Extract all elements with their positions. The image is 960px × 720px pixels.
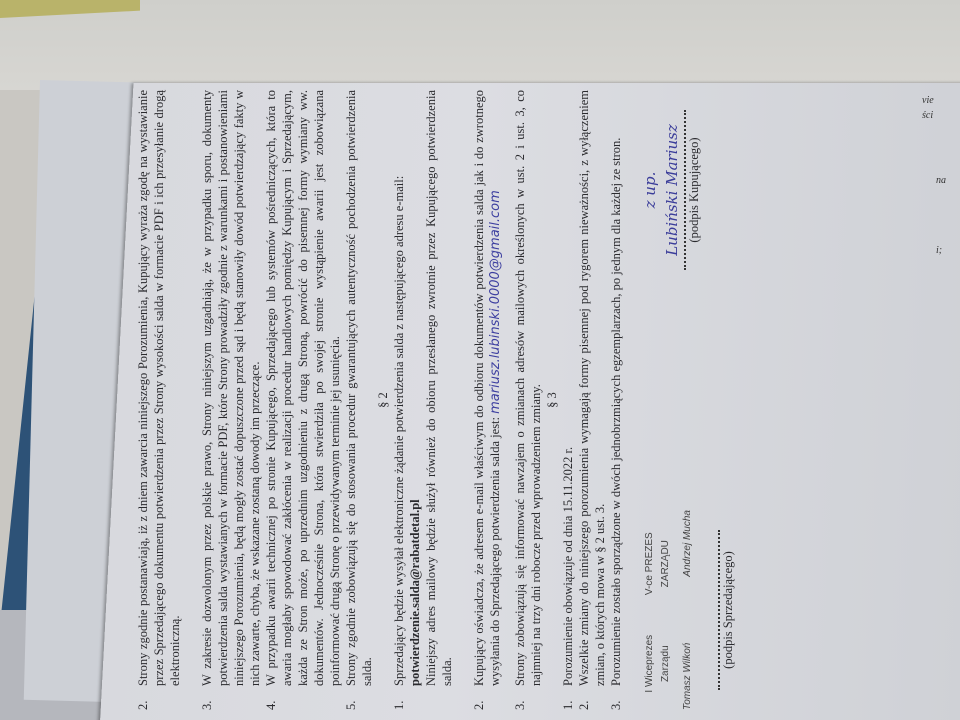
item-text: Wszelkie zmiany do niniejszego porozumie…: [576, 90, 608, 686]
edge-text-fragment: vie: [922, 95, 934, 106]
signatures: I Wiceprezes Zarządu V-ce PREZES ZARZĄDU…: [642, 90, 736, 710]
list-item: 2. Kupujący oświadcza, że adresem e-mail…: [471, 90, 504, 710]
item-number: 4.: [263, 686, 343, 710]
background-desk: [0, 0, 960, 90]
item-text: Porozumienie obowiązuje od dnia 15.11.20…: [560, 90, 576, 686]
list-item: 5.Strony zgodnie zobowiązują się do stos…: [343, 90, 375, 710]
item-text: Kupujący oświadcza, że adresem e-mail wł…: [471, 90, 504, 686]
buyer-email-handwritten: mariusz.lubinski.0000@gmail.com: [488, 190, 503, 414]
list-item: 1.Porozumienie obowiązuje od dnia 15.11.…: [560, 90, 576, 710]
seller-stamp-title-2: V-ce PREZES ZARZĄDU: [642, 510, 674, 617]
section-2: 1. Sprzedający będzie wysyłał elektronic…: [391, 90, 544, 710]
edge-text-fragment: na: [936, 175, 946, 186]
section-heading-3: § 3: [544, 90, 560, 710]
item-text: Porozumienie zostało sporządzone w dwóch…: [608, 90, 624, 686]
section-heading-2: § 2: [375, 90, 391, 710]
edge-text-fragment: i;: [936, 245, 942, 256]
seller-stamp-name-2: Andrzej Mucha: [680, 510, 696, 577]
seller-signature-label: (podpis Sprzedającego): [720, 510, 736, 710]
buyer-proxy-note: z up.: [642, 90, 658, 290]
buyer-signature-block: z up. Lubiński Mariusz (podpis Kupująceg…: [642, 90, 736, 290]
item-number: 2.: [576, 686, 608, 710]
item-number: 3.: [199, 686, 263, 710]
item-number: 2.: [471, 686, 504, 710]
item-text: W przypadku awarii technicznej po stroni…: [263, 90, 343, 686]
list-item: 3.W zakresie dozwolonym przez polskie pr…: [199, 90, 263, 710]
item-number: 1.: [391, 686, 455, 710]
seller-stamp-name: Tomasz Wilkoń: [680, 643, 696, 710]
item-number: 5.: [343, 686, 375, 710]
list-item: 3.Porozumienie zostało sporządzone w dwó…: [608, 90, 624, 710]
item-number: 2.: [135, 686, 183, 710]
seller-signature-block: I Wiceprezes Zarządu V-ce PREZES ZARZĄDU…: [642, 510, 736, 710]
buyer-signature-label: (podpis Kupującego): [686, 90, 702, 290]
item-number: 1.: [560, 686, 576, 710]
list-item: 1. Sprzedający będzie wysyłał elektronic…: [391, 90, 455, 710]
item-number: 3.: [608, 686, 624, 710]
list-item: 3. Strony zobowiązują się informować naw…: [512, 90, 544, 710]
paragraph-list-1: 2.Strony zgodnie postanawiają, iż z dnie…: [135, 90, 375, 710]
seller-stamp-title: I Wiceprezes Zarządu: [642, 617, 674, 710]
item-text: Strony zgodnie postanawiają, iż z dniem …: [135, 90, 183, 686]
list-item: 2.Wszelkie zmiany do niniejszego porozum…: [576, 90, 608, 710]
item-text: Strony zobowiązują się informować nawzaj…: [512, 90, 544, 686]
section-3: 1.Porozumienie obowiązuje od dnia 15.11.…: [560, 90, 624, 710]
item-text-part: Niniejszy adres mailowy będzie służył ró…: [424, 90, 454, 686]
item-number: 3.: [512, 686, 544, 710]
item-text-part: Sprzedający będzie wysyłał elektroniczne…: [392, 176, 406, 686]
document-content: 2.Strony zgodnie postanawiają, iż z dnie…: [135, 90, 835, 710]
item-text: Sprzedający będzie wysyłał elektroniczne…: [391, 90, 455, 686]
item-text: Strony zgodnie zobowiązują się do stosow…: [343, 90, 375, 686]
signature-line: [696, 530, 720, 690]
buyer-signature: Lubiński Mariusz: [664, 90, 680, 290]
list-item: 2.Strony zgodnie postanawiają, iż z dnie…: [135, 90, 183, 710]
edge-text-fragment: ści: [922, 110, 933, 121]
item-text: W zakresie dozwolonym przez polskie praw…: [199, 90, 263, 686]
list-item: 4.W przypadku awarii technicznej po stro…: [263, 90, 343, 710]
seller-email: potwierdzenie.salda@rabatdetal.pl: [408, 499, 422, 686]
